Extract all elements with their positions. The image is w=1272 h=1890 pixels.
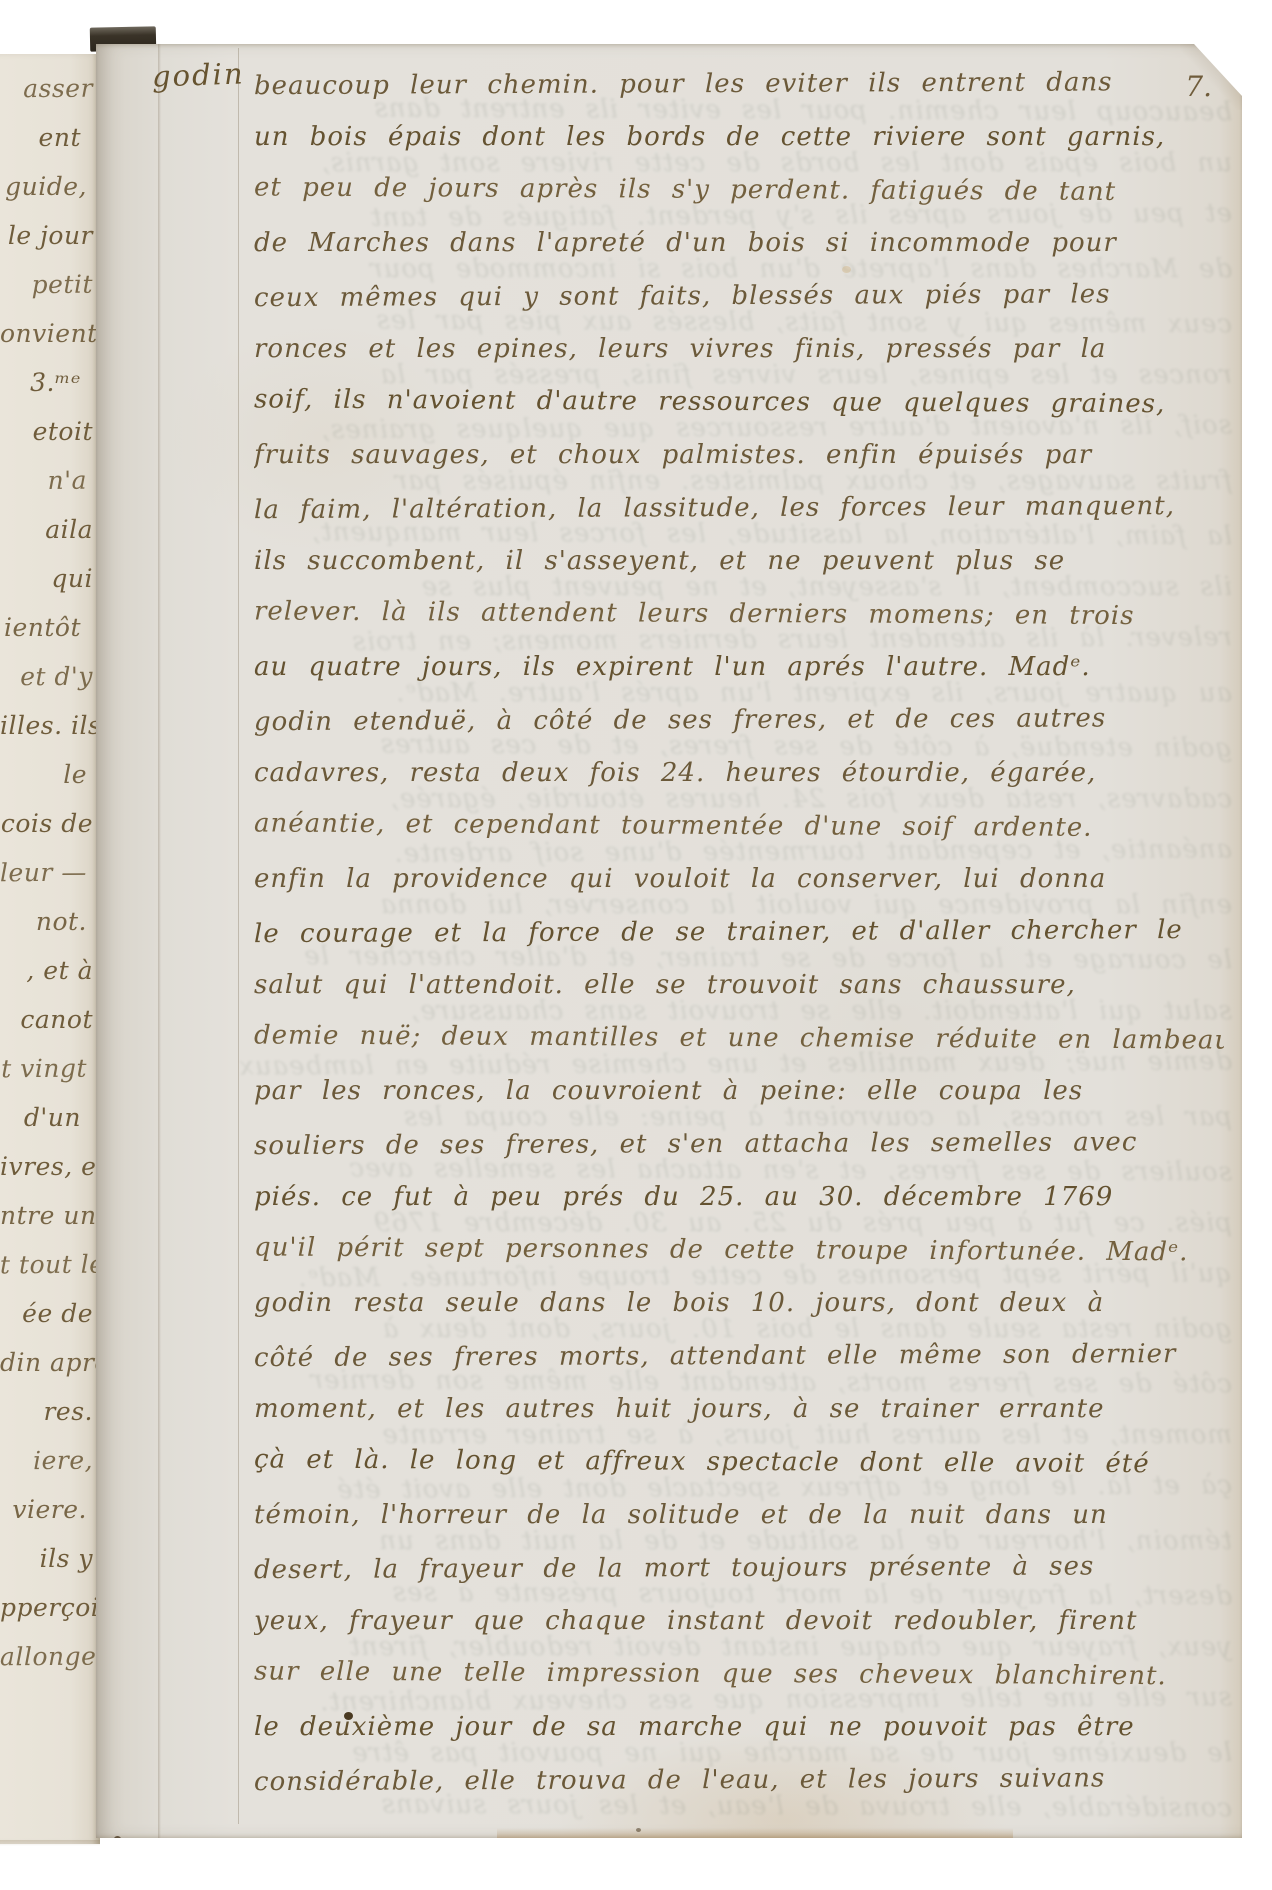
- manuscript-page: beaucoup leur chemin. pour les eviter il…: [96, 44, 1242, 1838]
- manuscript-line: sur elle une telle impression que ses ch…: [254, 1645, 1224, 1703]
- ink-blot: [344, 1712, 353, 1720]
- edge-fragment: petit: [0, 260, 93, 310]
- manuscript-line: ils succombent, il s'asseyent, et ne peu…: [254, 535, 1224, 588]
- manuscript-line: ceux mêmes qui y sont faits, blessés aux…: [254, 268, 1224, 325]
- edge-fragment: leur —: [0, 848, 81, 898]
- manuscript-line: de Marches dans l'apreté d'un bois si in…: [254, 217, 1224, 270]
- edge-fragment: ientôt: [0, 603, 81, 652]
- edge-fragment: illes. ils: [0, 701, 93, 750]
- edge-fragment: ent: [0, 113, 81, 162]
- manuscript-photo: asserentguide,le jourpetitonvient3.ᵐᵉeto…: [0, 0, 1272, 1890]
- manuscript-line: godin resta seule dans le bois 10. jours…: [254, 1277, 1224, 1330]
- edge-fragment: not.: [0, 897, 87, 946]
- manuscript-line: relever. là ils attendent leurs derniers…: [254, 585, 1224, 643]
- manuscript-line: piés. ce fut à peu prés du 25. au 30. dé…: [254, 1171, 1224, 1224]
- manuscript-line: ronces et les epines, leurs vivres finis…: [254, 323, 1224, 376]
- edge-fragment: qui: [0, 554, 93, 603]
- edge-fragment: pperçoivent,: [0, 1583, 81, 1632]
- manuscript-line: anéantie, et cependant tourmentée d'une …: [254, 797, 1224, 855]
- manuscript-line: moment, et les autres huit jours, à se t…: [254, 1383, 1224, 1436]
- manuscript-line: soif, ils n'avoient d'autre ressources q…: [254, 373, 1224, 431]
- manuscript-line: beaucoup leur chemin. pour les eviter il…: [254, 58, 1224, 113]
- manuscript-line: considérable, elle trouva de l'eau, et l…: [254, 1752, 1224, 1809]
- manuscript-line: desert, la frayeur de la mort toujours p…: [254, 1540, 1224, 1597]
- manuscript-line: demie nuë; deux mantilles et une chemise…: [254, 1009, 1224, 1067]
- manuscript-line: çà et là. le long et affreux spectacle d…: [254, 1433, 1224, 1491]
- manuscript-line: la faim, l'altération, la lassitude, les…: [254, 480, 1224, 537]
- edge-fragment: ntre une: [0, 1191, 87, 1240]
- edge-fragment: onvient: [0, 309, 87, 358]
- manuscript-line: yeux, frayeur que chaque instant devoit …: [254, 1595, 1224, 1648]
- manuscript-line: témoin, l'horreur de la solitude et de l…: [254, 1489, 1224, 1542]
- edge-fragment: 3.ᵐᵉ: [0, 358, 81, 407]
- ink-blot: [636, 1828, 641, 1832]
- margin-rule-line: [238, 48, 239, 1824]
- edge-fragment: res.: [0, 1387, 93, 1436]
- gutter-crease: [158, 44, 161, 1838]
- edge-fragment: guide,: [0, 162, 87, 211]
- page-corner: [1180, 44, 1242, 110]
- left-page-edge: asserentguide,le jourpetitonvient3.ᵐᵉeto…: [0, 54, 100, 1844]
- edge-fragment: n'a: [0, 456, 87, 506]
- edge-fragment: din aprés: [0, 1338, 81, 1387]
- manuscript-line: fruits sauvages, et choux palmistes. enf…: [254, 429, 1224, 482]
- manuscript-line: qu'il périt sept personnes de cette trou…: [254, 1221, 1224, 1279]
- manuscript-text: beaucoup leur chemin. pour les eviter il…: [254, 58, 1224, 1818]
- manuscript-line: et peu de jours après ils s'y perdent. f…: [254, 161, 1224, 219]
- edge-fragment: ivres, et: [0, 1142, 93, 1191]
- manuscript-line: enfin la providence qui vouloit la conse…: [254, 853, 1224, 906]
- foxing-spot: [842, 266, 851, 273]
- edge-fragment: le jour: [0, 211, 93, 260]
- bottom-edge-stain: [497, 1828, 1013, 1838]
- edge-fragment: aila: [0, 505, 93, 554]
- edge-fragment: t vingt: [0, 1044, 87, 1094]
- manuscript-line: au quatre jours, ils expirent l'un aprés…: [254, 641, 1224, 694]
- manuscript-line: souliers de ses freres, et s'en attacha …: [254, 1116, 1224, 1173]
- edge-fragment: ée de: [0, 1289, 93, 1338]
- edge-fragment: canot: [0, 995, 93, 1044]
- edge-fragment: etoit: [0, 407, 93, 456]
- ink-blot: [114, 1836, 121, 1842]
- manuscript-line: par les ronces, la couvroient à peine: e…: [254, 1065, 1224, 1118]
- edge-fragment: asser: [0, 64, 93, 114]
- edge-fragment: le: [0, 750, 87, 799]
- edge-fragment: cois de: [0, 799, 93, 848]
- edge-fragment: et d'y: [0, 652, 93, 702]
- edge-fragment: d'un: [0, 1093, 81, 1142]
- manuscript-line: godin etenduë, à côté de ses freres, et …: [254, 692, 1224, 749]
- edge-fragment: viere.: [0, 1485, 87, 1534]
- edge-fragment: , et à: [0, 946, 93, 995]
- manuscript-line: le courage et la force de se trainer, et…: [254, 904, 1224, 961]
- manuscript-line: un bois épais dont les bords de cette ri…: [254, 111, 1224, 164]
- margin-annotation: godin: [151, 56, 245, 93]
- manuscript-line: côté de ses freres morts, attendant elle…: [254, 1328, 1224, 1385]
- manuscript-line: salut qui l'attendoit. elle se trouvoit …: [254, 959, 1224, 1012]
- edge-fragment: ils y: [0, 1534, 93, 1583]
- manuscript-line: le deuxième jour de sa marche qui ne pou…: [254, 1701, 1224, 1754]
- manuscript-line: cadavres, resta deux fois 24. heures éto…: [254, 747, 1224, 800]
- left-page-fragments: asserentguide,le jourpetitonvient3.ᵐᵉeto…: [0, 64, 93, 1681]
- edge-fragment: iere,: [0, 1436, 93, 1486]
- edge-fragment: t tout le: [0, 1240, 93, 1290]
- edge-fragment: allongent: [0, 1632, 87, 1682]
